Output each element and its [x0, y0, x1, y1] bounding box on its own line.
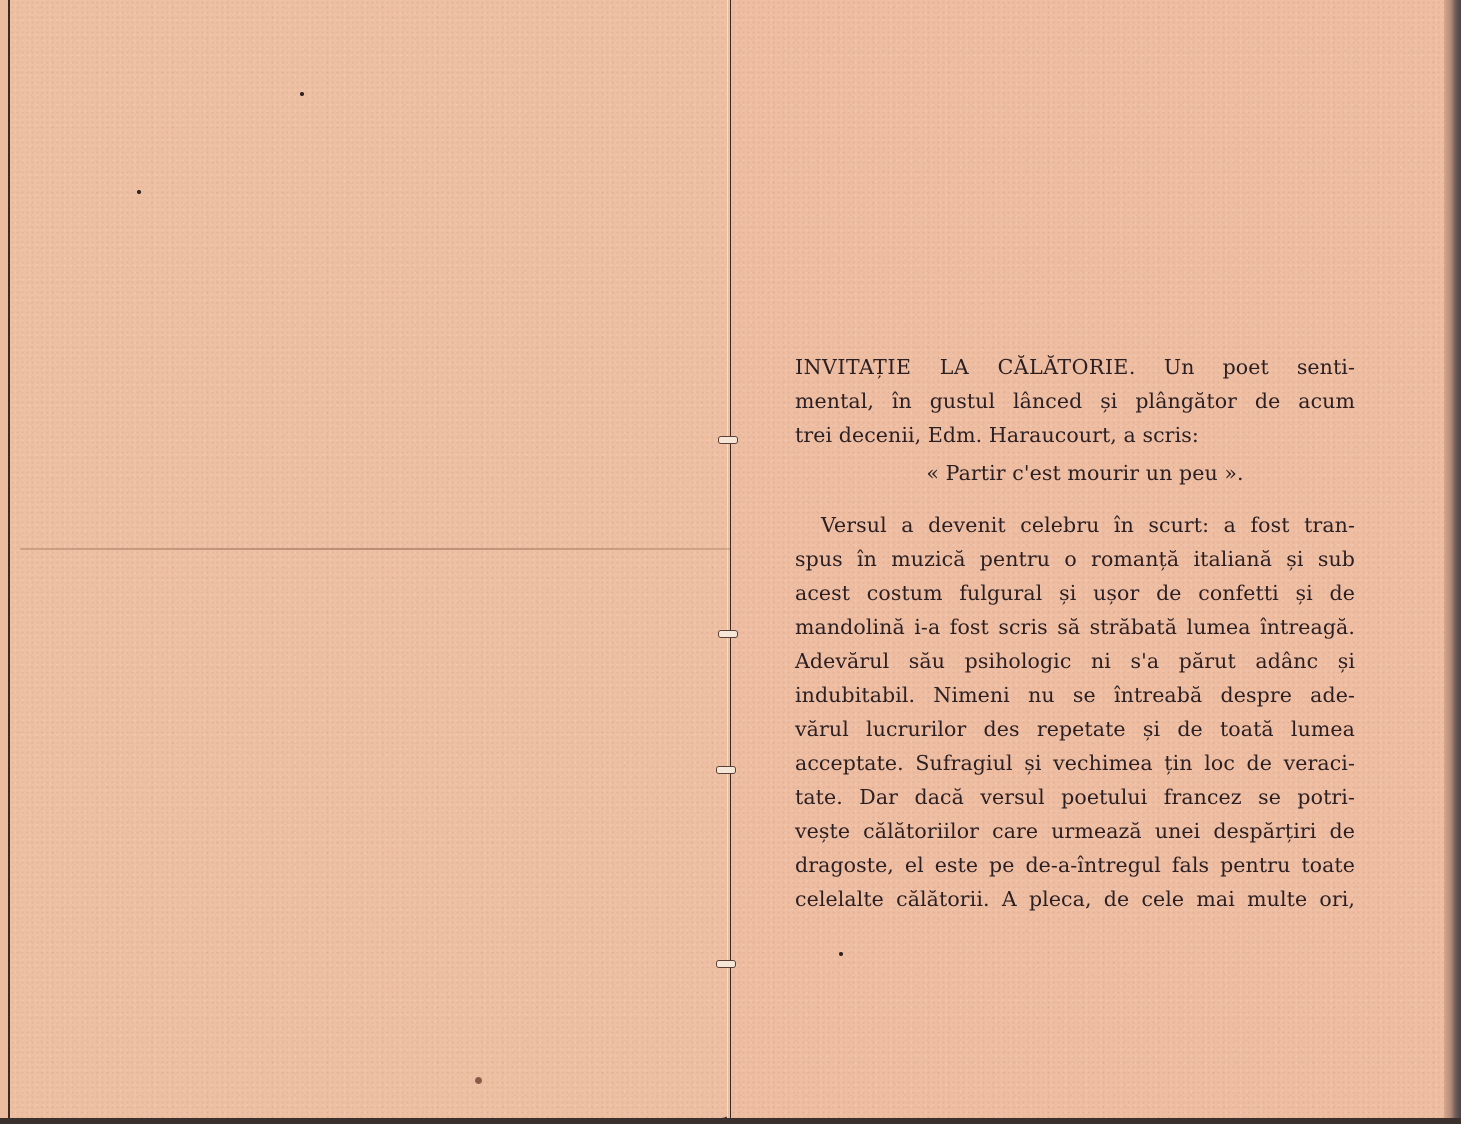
text-line: INVITAȚIE LA CĂLĂTORIE. Un poet senti-: [795, 350, 1355, 384]
text-line: mental, în gustul lânced și plângător de…: [795, 384, 1355, 418]
left-page-blank: [8, 0, 728, 1121]
paper-speck: [300, 92, 304, 96]
spine-stitch: [716, 960, 736, 968]
paper-speck: [839, 952, 843, 956]
text-line: indubitabil. Nimeni nu se întreabă despr…: [795, 678, 1355, 712]
text-line: tate. Dar dacă versul poetului francez s…: [795, 780, 1355, 814]
text-line: acceptate. Sufragiul și vechimea țin loc…: [795, 746, 1355, 780]
text-line-fragment: Un poet senti-: [1136, 355, 1355, 379]
section-heading: INVITAȚIE LA CĂLĂTORIE.: [795, 355, 1136, 379]
text-line: acest costum fulgural și ușor de confett…: [795, 576, 1355, 610]
text-line: Versul a devenit celebru în scurt: a fos…: [795, 508, 1355, 542]
text-line: mandolină i-a fost scris să străbată lum…: [795, 610, 1355, 644]
text-line: trei decenii, Edm. Haraucourt, a scris:: [795, 418, 1355, 452]
text-line: celelalte călătorii. A pleca, de cele ma…: [795, 882, 1355, 916]
book-bottom-edge: [0, 1118, 1461, 1124]
text-line: spus în muzică pentru o romanță italiană…: [795, 542, 1355, 576]
fold-crease: [20, 548, 732, 550]
spine-stitch: [718, 630, 738, 638]
text-line: vește călătoriilor care urmează unei des…: [795, 814, 1355, 848]
book-right-edge: [1444, 0, 1461, 1124]
spine-stitch: [718, 436, 738, 444]
body-text: INVITAȚIE LA CĂLĂTORIE. Un poet senti- m…: [795, 350, 1355, 916]
spine-stitch: [716, 766, 736, 774]
text-line: Adevărul său psihologic ni s'a părut adâ…: [795, 644, 1355, 678]
paper-stain: [475, 1077, 482, 1084]
book-spread: INVITAȚIE LA CĂLĂTORIE. Un poet senti- m…: [0, 0, 1461, 1124]
text-line: dragoste, el este pe de-a-întregul fals …: [795, 848, 1355, 882]
text-line: vărul lucrurilor des repetate și de toat…: [795, 712, 1355, 746]
paper-speck: [137, 190, 141, 194]
block-quote: « Partir c'est mourir un peu ».: [795, 456, 1355, 490]
